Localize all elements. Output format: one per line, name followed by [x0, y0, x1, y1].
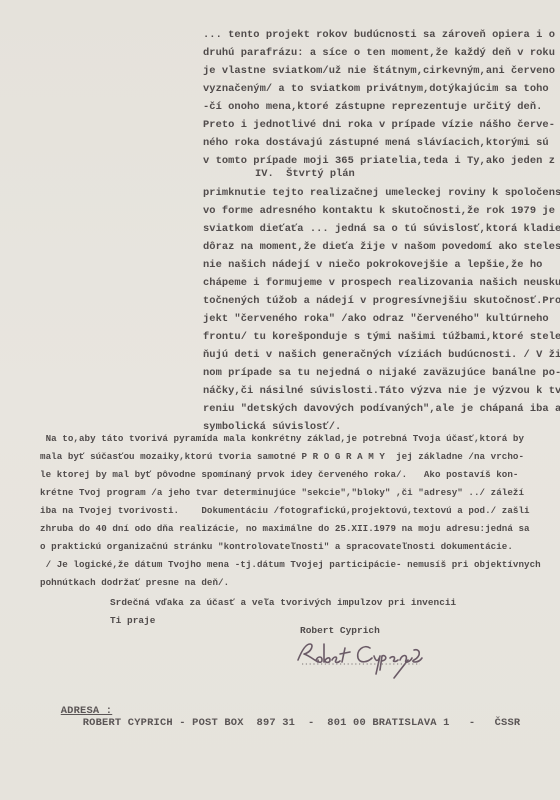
text-line: symbolická súvislosť/. — [203, 421, 341, 433]
address-line: ADRESA : ROBERT CYPRICH - POST BOX 897 3… — [35, 693, 520, 741]
text-line: náčky,či násilné súvislosti.Táto výzva n… — [203, 385, 560, 397]
document-page: ... tento projekt rokov budúcnosti sa zá… — [0, 0, 560, 800]
text-line: vyznačeným/ a to sviatkom privátnym,dotý… — [203, 83, 549, 95]
text-line: sviatkom dieťaťa ... jedná sa o tú súvis… — [203, 223, 560, 235]
text-line: -čí onoho mena,ktoré zástupne reprezentu… — [203, 101, 542, 113]
text-line: frontu/ tu korešponduje s tými našimi tú… — [203, 331, 560, 343]
text-line: druhú parafrázu: a síce o ten moment,že … — [203, 47, 555, 59]
text-line: ného roka dostávajú zástupné mená slávía… — [203, 137, 549, 149]
text-line: / Je logické,že dátum Tvojho mena -tj.dá… — [40, 559, 541, 571]
text-line: primknutie tejto realizačnej umeleckej r… — [203, 187, 560, 199]
text-line: vo forme adresného kontaktu k skutočnost… — [203, 205, 555, 217]
text-line: Na to,aby táto tvorivá pyramída mala kon… — [40, 433, 524, 445]
text-line: zhruba do 40 dní odo dňa realizácie, no … — [40, 523, 530, 535]
text-line: ňujú deti v našich generačných víziách b… — [203, 349, 560, 361]
text-line: točnených túžob a nádejí v progresívnejš… — [203, 295, 560, 307]
text-line: krétne Tvoj program /a jeho tvar determi… — [40, 487, 524, 499]
text-line: reniu "detských davových podívaných",ale… — [203, 403, 560, 415]
text-line: dôraz na moment,že dieťa žije v našom po… — [203, 241, 560, 253]
text-line: v tomto prípade moji 365 priatelia,teda … — [203, 155, 560, 167]
text-line: jekt "červeného roka" /ako odraz "červen… — [203, 313, 549, 325]
text-line: nie našich nádejí v niečo pokrokovejšie … — [203, 259, 542, 271]
text-line: chápeme i formujeme v prospech realizova… — [203, 277, 560, 289]
text-line: Preto i jednotlivé dni roka v prípade ví… — [203, 119, 555, 131]
section-heading: IV. Štvrtý plán — [255, 168, 355, 180]
text-line: le ktorej by mal byť pôvodne spomínaný p… — [40, 469, 518, 481]
closing-line: Ti praje — [110, 615, 155, 627]
text-line: mala byť súčasťou mozaiky,ktorú tvoria s… — [40, 451, 524, 463]
handwritten-signature — [290, 630, 430, 680]
text-line: je vlastne sviatkom/už nie štátnym,cirke… — [203, 65, 555, 77]
closing-line: Srdečná vďaka za účasť a veľa tvorivých … — [110, 597, 456, 609]
text-line: iba na Tvojej tvorivosti. Dokumentáciu /… — [40, 505, 530, 517]
address-text: ROBERT CYPRICH - POST BOX 897 31 - 801 0… — [83, 717, 521, 729]
text-line: ... tento projekt rokov budúcnosti sa zá… — [203, 29, 555, 41]
text-line: nom prípade sa tu nejedná o nijaké zaväz… — [203, 367, 560, 379]
address-label: ADRESA : — [61, 705, 112, 717]
text-line: o praktickú organizačnú stránku "kontrol… — [40, 541, 513, 553]
text-line: pohnútkach dodržať presne na deň/. — [40, 577, 229, 589]
